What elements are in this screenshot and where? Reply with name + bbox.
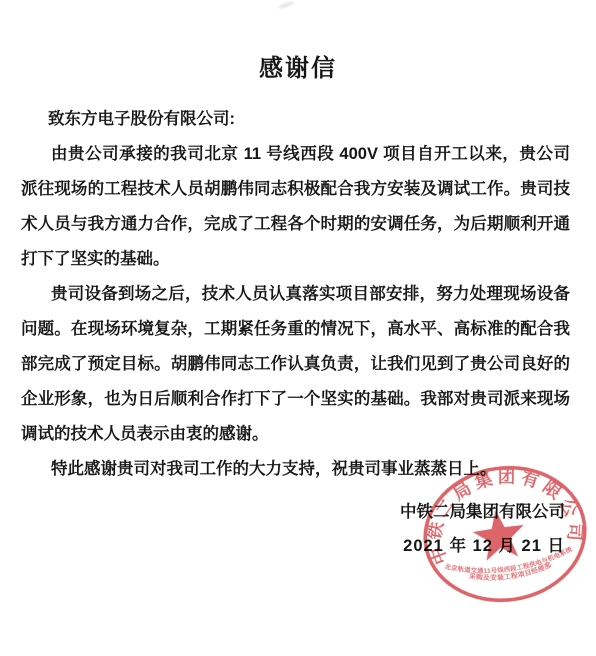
- letter-page: 感谢信 致东方电子股份有限公司: 由贵公司承接的我司北京 11 号线西段 400…: [0, 0, 596, 656]
- letter-paragraph-1: 由贵公司承接的我司北京 11 号线西段 400V 项目自开工以来，贵公司派往现场…: [21, 137, 570, 277]
- letter-body: 致东方电子股份有限公司: 由贵公司承接的我司北京 11 号线西段 400V 项目…: [21, 102, 570, 487]
- scan-smudge: [278, 1, 294, 10]
- seal-star-icon: [470, 507, 528, 563]
- letter-greeting: 致东方电子股份有限公司:: [21, 102, 570, 137]
- letter-title: 感谢信: [0, 16, 596, 82]
- letter-paragraph-2: 贵司设备到场之后，技术人员认真落实项目部安排，努力处理现场设备问题。在现场环境复…: [21, 277, 570, 452]
- company-seal-stamp: 中铁二局集团有限公司 北京轨道交通11号线西段工程供电与机电系统 采购及安装工程…: [411, 453, 596, 615]
